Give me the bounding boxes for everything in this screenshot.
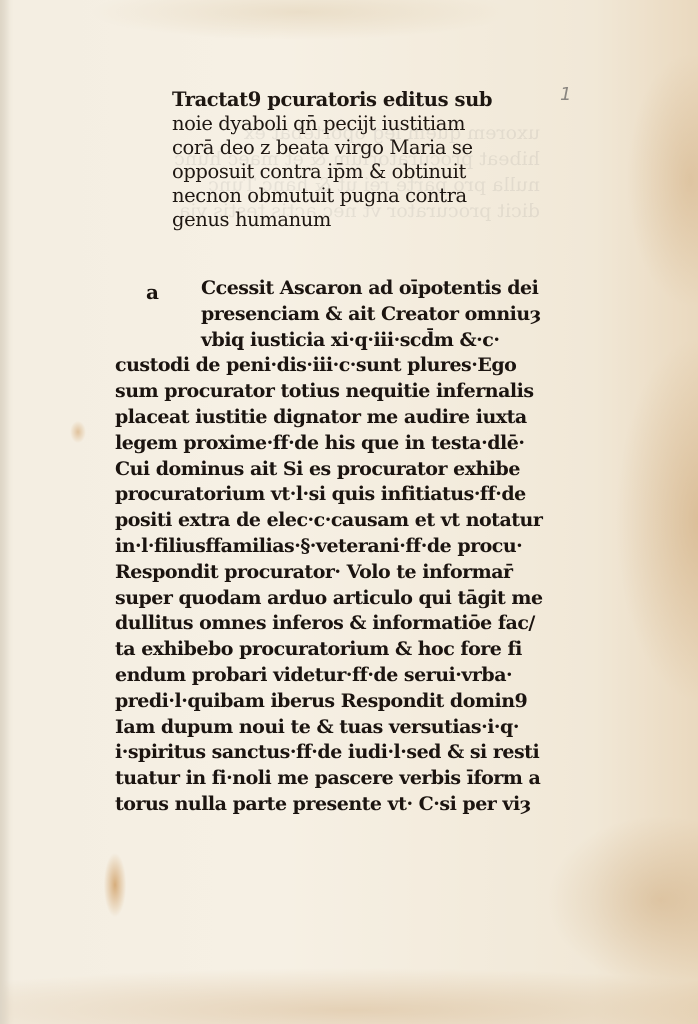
page-gutter-edge <box>0 0 10 1024</box>
title-line: corā deo z beata virgo Maria se <box>172 136 492 160</box>
body-line: endum probari videtur·ff·de serui·vrba· <box>115 663 543 689</box>
body-text: Ccessit Ascaron ad oīpotentis dei presen… <box>115 276 543 818</box>
body-line: i·spiritus sanctus·ff·de iudi·l·sed & si… <box>115 740 543 766</box>
body-line: Iam dupum noui te & tuas versutias·i·q· <box>115 715 543 741</box>
body-line: placeat iustitie dignator me audire iuxt… <box>115 405 543 431</box>
body-line: legem proxime·ff·de his que in testa·dlē… <box>115 431 543 457</box>
title-line: genus humanum <box>172 208 492 232</box>
title-line: Tractat9 pcuratoris editus sub <box>172 88 492 112</box>
body-line: presenciam & ait Creator omniuȝ <box>115 302 543 328</box>
title-line: noie dyaboli qn̄ pecijt iustitiam <box>172 112 492 136</box>
body-line: super quodam arduo articulo qui tāgit me <box>115 586 543 612</box>
pencil-folio-number: 1 <box>560 84 571 105</box>
body-line: positi extra de elec·c·causam et vt nota… <box>115 508 543 534</box>
manuscript-page: uxorem quem leg oportebat ex hibeat proc… <box>0 0 698 1024</box>
body-line: Cui dominus ait Si es procurator exhibe <box>115 457 543 483</box>
body-line: ta exhibebo procuratorium & hoc fore fi <box>115 637 543 663</box>
title-line: necnon obmutuit pugna contra <box>172 184 492 208</box>
body-line: in·l·filiusffamilias·§·veterani·ff·de pr… <box>115 534 543 560</box>
body-line: Respondit procurator· Volo te informar̄ <box>115 560 543 586</box>
body-line: tuatur in fi·noli me pascere verbis īfor… <box>115 766 543 792</box>
body-line: vbiq̧ iusticia xi·q·iii·scd̄m &·c· <box>115 328 543 354</box>
body-line: dullitus omnes inferos & informatiōe fac… <box>115 611 543 637</box>
body-line: Ccessit Ascaron ad oīpotentis dei <box>115 276 543 302</box>
body-line: custodi de peni·dis·iii·c·sunt plures·Eg… <box>115 353 543 379</box>
body-line: torus nulla parte presente vt· C·si per … <box>115 792 543 818</box>
body-line: sum procurator totius nequitie infernali… <box>115 379 543 405</box>
body-line: procuratorium vt·l·si quis infitiatus·ff… <box>115 482 543 508</box>
title-line: opposuit contra ip̄m & obtinuit <box>172 160 492 184</box>
treatise-title: Tractat9 pcuratoris editus sub noie dyab… <box>172 88 492 232</box>
body-line: predi·l·quibam iberus Respondit domin9 <box>115 689 543 715</box>
